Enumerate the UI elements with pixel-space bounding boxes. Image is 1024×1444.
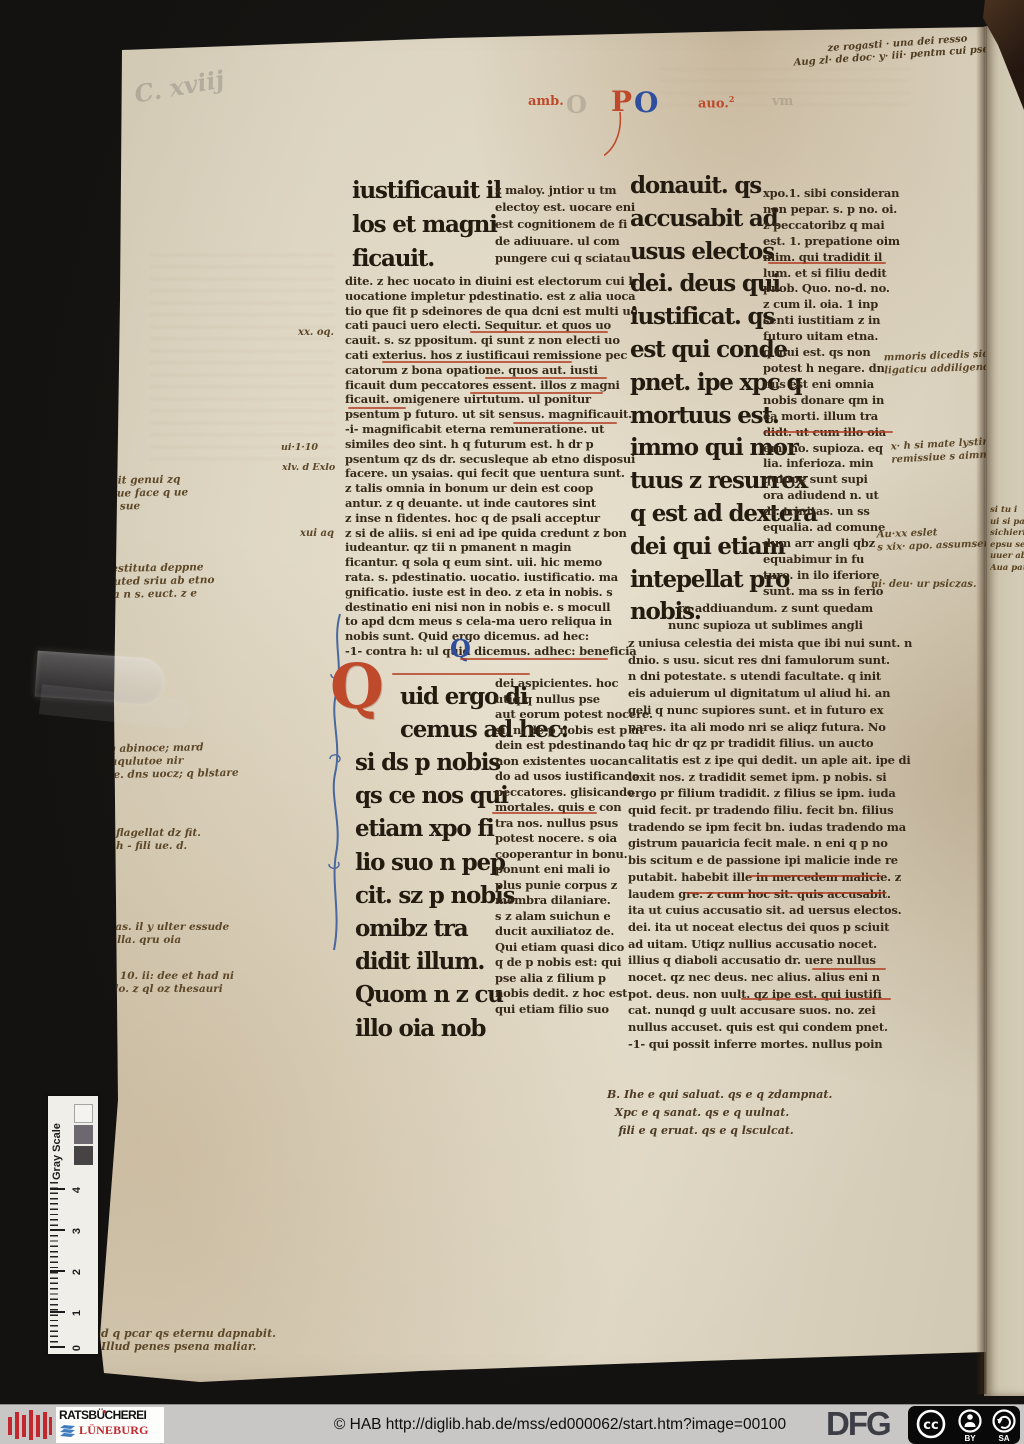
margin-note-left: n.as. il y ulter essudecella. qru oia xyxy=(104,921,229,947)
library-name-line2: LÜNEBURG xyxy=(79,1424,149,1437)
margin-ref: ui·1·10 xyxy=(281,441,318,454)
next-folio-edge xyxy=(984,26,1024,1396)
margin-note-left: nq abinoce; mardz aqulutoe nirere. dns u… xyxy=(101,741,239,782)
red-underline xyxy=(812,968,886,970)
faint-corner-mark: C. xviij xyxy=(132,64,226,108)
decorated-initial-q: Q xyxy=(330,650,384,723)
gloss-right-wide-lead: ra addiuandum. z sunt quedam xyxy=(678,601,873,616)
red-underline xyxy=(348,407,406,409)
running-header-initial-blue: O xyxy=(634,86,658,119)
library-logo: RATSBÜCHEREI LÜNEBURG xyxy=(56,1407,164,1443)
svg-text:cc: cc xyxy=(923,1418,938,1433)
svg-text:BY: BY xyxy=(964,1434,976,1443)
margin-ref: xx. oq. xyxy=(298,326,334,339)
gray-scale-title: Gray Scale xyxy=(51,1123,63,1180)
gloss-middle-column: dei aspicientes. hocutiq q nullus pseaut… xyxy=(495,676,637,1017)
bottom-center-note: B. Ihe e qui saluat. qs e q zdampnat. Xp… xyxy=(607,1086,832,1140)
dfg-logo: DFG xyxy=(826,1403,890,1443)
ruler-major-tick xyxy=(50,1188,65,1190)
bible-text-left-b: si ds p nobisqs ce nos quietiam xpo fili… xyxy=(355,746,505,1045)
ruler-number: 3 xyxy=(71,1228,83,1234)
margin-note-left: flagellat dz fit.h - fili ue. d. xyxy=(116,827,201,853)
red-underline xyxy=(768,262,886,264)
running-header-ghost: O xyxy=(566,90,587,119)
ruler-major-tick xyxy=(50,1346,65,1348)
red-underline xyxy=(392,673,530,675)
gloss-right-wide: z uniusa celestia dei mista que ibi nui … xyxy=(628,635,925,1053)
ruler-number: 2 xyxy=(71,1269,83,1275)
gloss-top-right-of-bible: z maloy. jntior u tmelectoy est. uocare … xyxy=(495,182,635,267)
red-underline xyxy=(686,892,886,894)
ruler-number: 0 xyxy=(71,1345,83,1351)
running-header-right: auo.2 xyxy=(698,94,734,111)
cc-license-badge: cc BY SA xyxy=(908,1406,1020,1444)
margin-note-left: restituta deppnenuted sriu ab etnoea n s… xyxy=(106,561,215,602)
umlaut-red-dot xyxy=(103,1410,106,1413)
library-name-line1: RATSBÜCHEREI xyxy=(59,1409,161,1422)
red-underline xyxy=(485,377,607,379)
next-folio-text-fragment: si tu iui si pa sesichieriepsu seuuer ab… xyxy=(990,505,1024,574)
library-bars-icon xyxy=(7,1409,53,1441)
red-underline xyxy=(460,658,608,660)
running-header-left: amb. xyxy=(528,94,564,109)
margin-note-left: sit genui zqtue face q uei sue xyxy=(112,473,189,513)
ruler-number: 1 xyxy=(71,1310,83,1316)
running-header-faint: vm xyxy=(772,94,793,109)
grayscale-patch-mid xyxy=(74,1125,93,1144)
red-underline xyxy=(470,392,603,394)
red-flourish-tail xyxy=(604,112,634,162)
gloss-right-wide-second: nunc supioza ut sublimes angli xyxy=(668,618,863,633)
margin-note-left: ni. 10. ii: dee et had nicolo. z ql oz t… xyxy=(101,970,234,996)
margin-note-right: ni· deu· ur psiczas. xyxy=(871,578,976,591)
ruler-major-tick xyxy=(50,1229,65,1231)
gray-scale-card: Gray Scale 4 3 2 1 0 xyxy=(48,1096,98,1354)
digitized-manuscript-viewer: si tu iui si pa sesichieriepsu seuuer ab… xyxy=(0,0,1024,1444)
red-underline xyxy=(513,422,617,424)
bible-text-left-a: iustificauit illos et magnificauit. xyxy=(352,174,502,276)
ruler-major-tick xyxy=(50,1270,65,1272)
red-underline xyxy=(765,431,893,433)
showthrough-patch xyxy=(150,245,335,460)
margin-ref: xlv. d Exlo xyxy=(282,461,335,474)
copyright-url-text: © HAB http://diglib.hab.de/mss/ed000062/… xyxy=(280,1405,840,1444)
red-underline xyxy=(492,812,597,814)
book-icon xyxy=(59,1424,76,1437)
margin-ref: xui aq xyxy=(300,527,334,540)
bible-text-right: donauit. qsaccusabit adusus electosdei. … xyxy=(630,170,780,629)
ruler-number: 4 xyxy=(71,1187,83,1193)
svg-text:SA: SA xyxy=(998,1434,1009,1443)
ruler-minor-ticks xyxy=(50,1182,58,1348)
red-underline xyxy=(382,361,572,363)
red-underline xyxy=(748,875,881,877)
margin-note-left: d q pcar qs eternu dapnabit.Illud penes … xyxy=(101,1327,276,1353)
gutter-crease xyxy=(976,26,988,1394)
ruler-major-tick xyxy=(50,1311,65,1313)
grayscale-patch-white xyxy=(74,1104,93,1123)
red-underline xyxy=(470,331,608,333)
grayscale-patch-dark xyxy=(74,1146,93,1165)
footer-bar: RATSBÜCHEREI LÜNEBURG © HAB http://digli… xyxy=(0,1404,1024,1444)
red-underline xyxy=(741,998,891,1000)
